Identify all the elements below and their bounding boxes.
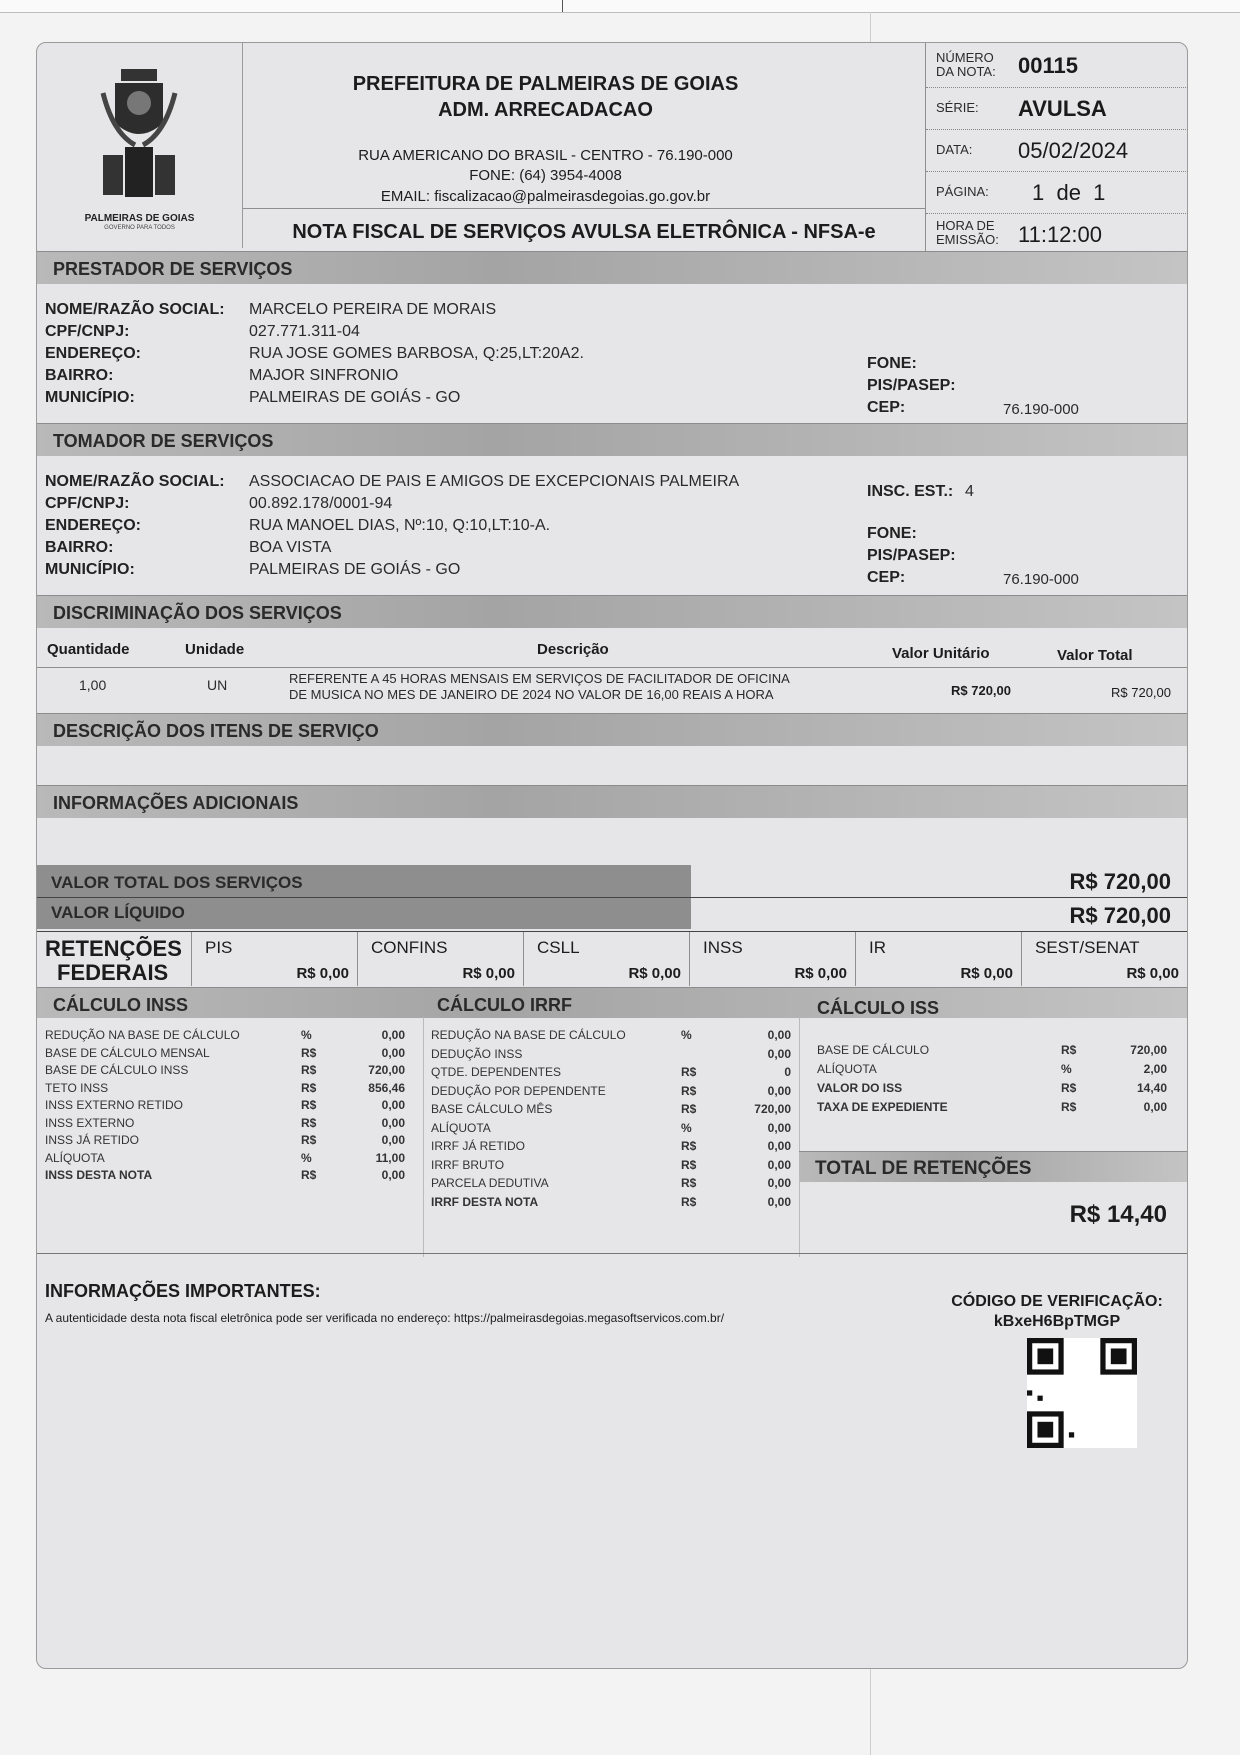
calc-unit: R$ [301, 1116, 316, 1130]
calc-unit: R$ [301, 1133, 316, 1147]
logo-subtext: GOVERNO PARA TODOS [57, 225, 222, 231]
issue-time: 11:12:00 [1018, 222, 1102, 248]
calc-label: ALÍQUOTA [431, 1121, 491, 1135]
municipal-logo: PALMEIRAS DE GOIAS GOVERNO PARA TODOS [37, 43, 243, 248]
label-cpf: CPF/CNPJ: [45, 495, 129, 513]
section-title: DESCRIÇÃO DOS ITENS DE SERVIÇO [53, 721, 379, 742]
calc-row: INSS JÁ RETIDOR$0,00 [45, 1133, 405, 1149]
calc-value: 0,00 [768, 1028, 791, 1042]
tomador-bairro: BOA VISTA [249, 539, 331, 557]
meta-data: DATA: 05/02/2024 [926, 129, 1188, 172]
calc-unit: R$ [681, 1065, 696, 1079]
prestador-nome: MARCELO PEREIRA DE MORAIS [249, 301, 496, 319]
tomador-cep: 76.190-000 [1003, 571, 1079, 588]
calc-row: IRRF DESTA NOTAR$0,00 [431, 1195, 791, 1211]
calc-label: IRRF BRUTO [431, 1158, 504, 1172]
retencoes-federais: RETENÇÕES FEDERAIS PISR$ 0,00CONFINSR$ 0… [37, 932, 1187, 986]
calculo-iss-title: CÁLCULO ISS [817, 998, 939, 1019]
meta-hora: HORA DE EMISSÃO: 11:12:00 [926, 213, 1188, 255]
issuer-phone: FONE: (64) 3954-4008 [243, 167, 848, 184]
calc-value: 720,00 [1130, 1043, 1167, 1057]
tomador-endereco: RUA MANOEL DIAS, Nº:10, Q:10,LT:10-A. [249, 517, 550, 535]
retencao-value: R$ 0,00 [960, 965, 1013, 982]
calc-unit: R$ [301, 1063, 316, 1077]
calc-row: INSS EXTERNOR$0,00 [45, 1116, 405, 1132]
issuer-email: EMAIL: fiscalizacao@palmeirasdegoias.go.… [243, 188, 848, 205]
divider [423, 1017, 424, 1257]
calc-value: 0,00 [768, 1047, 791, 1061]
calc-value: 0,00 [768, 1084, 791, 1098]
calc-row: BASE DE CÁLCULO MENSALR$0,00 [45, 1046, 405, 1062]
calc-value: 0,00 [768, 1139, 791, 1153]
label-fone: FONE: [867, 355, 917, 373]
calc-unit: R$ [681, 1195, 696, 1209]
numero-label: NÚMERO [936, 51, 994, 65]
calc-value: 0,00 [382, 1046, 405, 1060]
calc-row: DEDUÇÃO INSS0,00 [431, 1047, 791, 1063]
retencao-sestsenat: SEST/SENATR$ 0,00 [1021, 932, 1187, 986]
tomador-municipio: PALMEIRAS DE GOIÁS - GO [249, 561, 460, 579]
retencao-name: IR [869, 938, 886, 958]
total-retencoes-band: TOTAL DE RETENÇÕES [799, 1151, 1187, 1182]
retencoes-label-line2: FEDERAIS [57, 960, 168, 986]
col-valor-total: Valor Total [1057, 647, 1133, 664]
prestador-municipio: PALMEIRAS DE GOIÁS - GO [249, 389, 460, 407]
total-retencoes-value: R$ 14,40 [1070, 1201, 1167, 1229]
calc-row: REDUÇÃO NA BASE DE CÁLCULO%0,00 [45, 1028, 405, 1044]
calc-row: IRRF BRUTOR$0,00 [431, 1158, 791, 1174]
invoice-number: 00115 [1018, 53, 1078, 79]
invoice-meta: NÚMERO DA NOTA: 00115 SÉRIE: AVULSA DATA… [925, 43, 1188, 253]
valor-total-label: VALOR TOTAL DOS SERVIÇOS [51, 873, 303, 893]
calc-row: BASE DE CÁLCULOR$720,00 [817, 1043, 1167, 1059]
calc-label: INSS EXTERNO [45, 1116, 134, 1130]
label-bairro: BAIRRO: [45, 539, 113, 557]
calc-label: VALOR DO ISS [817, 1081, 902, 1095]
calc-label: QTDE. DEPENDENTES [431, 1065, 561, 1079]
calc-row: PARCELA DEDUTIVAR$0,00 [431, 1176, 791, 1192]
tomador-cpf: 00.892.178/0001-94 [249, 495, 392, 513]
calc-row: INSS EXTERNO RETIDOR$0,00 [45, 1098, 405, 1114]
col-descricao: Descrição [537, 641, 609, 658]
section-title: INFORMAÇÕES ADICIONAIS [53, 793, 298, 814]
issuer-department: ADM. ARRECADACAO [243, 99, 848, 122]
retencao-value: R$ 0,00 [794, 965, 847, 982]
retencao-name: CSLL [537, 938, 580, 958]
calc-value: 0,00 [1144, 1100, 1167, 1114]
calc-unit: R$ [681, 1139, 696, 1153]
calc-label: DEDUÇÃO INSS [431, 1047, 522, 1061]
calc-label: IRRF DESTA NOTA [431, 1195, 538, 1209]
info-importantes-text: A autenticidade desta nota fiscal eletrô… [45, 1311, 724, 1325]
label-cep: CEP: [867, 399, 905, 417]
issuer-address: RUA AMERICANO DO BRASIL - CENTRO - 76.19… [243, 147, 848, 164]
calc-row: ALÍQUOTA%2,00 [817, 1062, 1167, 1078]
retencao-name: INSS [703, 938, 743, 958]
calc-label: INSS JÁ RETIDO [45, 1133, 139, 1147]
calc-row: BASE CÁLCULO MÊSR$720,00 [431, 1102, 791, 1118]
label-cpf: CPF/CNPJ: [45, 323, 129, 341]
calc-value: 0,00 [768, 1121, 791, 1135]
verification-code: kBxeH6BpTMGP [937, 1313, 1177, 1331]
calc-value: 2,00 [1144, 1062, 1167, 1076]
calc-unit: % [301, 1151, 312, 1165]
tomador-nome: ASSOCIACAO DE PAIS E AMIGOS DE EXCEPCION… [249, 473, 739, 491]
col-quantidade: Quantidade [47, 641, 130, 658]
retencao-name: SEST/SENAT [1035, 938, 1140, 958]
verification-label: CÓDIGO DE VERIFICAÇÃO: [937, 1293, 1177, 1311]
calc-value: 0,00 [382, 1098, 405, 1112]
divider [37, 1253, 1187, 1254]
info-importantes-title: INFORMAÇÕES IMPORTANTES: [45, 1281, 321, 1302]
calc-label: INSS EXTERNO RETIDO [45, 1098, 183, 1112]
calc-unit: R$ [681, 1176, 696, 1190]
calc-value: 0,00 [382, 1028, 405, 1042]
calc-row: DEDUÇÃO POR DEPENDENTER$0,00 [431, 1084, 791, 1100]
tomador-insc: 4 [965, 483, 974, 501]
calc-value: 0,00 [768, 1176, 791, 1190]
page-top-edge [0, 0, 1240, 13]
calc-label: BASE DE CÁLCULO [817, 1043, 929, 1057]
calc-unit: R$ [1061, 1100, 1076, 1114]
prestador-endereco: RUA JOSE GOMES BARBOSA, Q:25,LT:20A2. [249, 345, 584, 363]
calc-row: QTDE. DEPENDENTESR$0 [431, 1065, 791, 1081]
col-unidade: Unidade [185, 641, 244, 658]
logo-text: PALMEIRAS DE GOIAS [57, 213, 222, 224]
divider [37, 897, 1187, 898]
section-prestador: PRESTADOR DE SERVIÇOS [37, 251, 1187, 284]
calc-row: REDUÇÃO NA BASE DE CÁLCULO%0,00 [431, 1028, 791, 1044]
section-descricao-itens: DESCRIÇÃO DOS ITENS DE SERVIÇO [37, 713, 1187, 746]
calculo-irrf-title: CÁLCULO IRRF [437, 995, 572, 1016]
meta-numero: NÚMERO DA NOTA: 00115 [926, 43, 1188, 88]
calc-label: TETO INSS [45, 1081, 108, 1095]
calc-value: 720,00 [754, 1102, 791, 1116]
prestador-cep: 76.190-000 [1003, 401, 1079, 418]
label-fone: FONE: [867, 525, 917, 543]
label-pis: PIS/PASEP: [867, 547, 956, 565]
calc-value: 0,00 [768, 1195, 791, 1209]
page-number: 1 de 1 [1032, 180, 1105, 206]
calc-label: BASE CÁLCULO MÊS [431, 1102, 552, 1116]
page-label: PÁGINA: [936, 185, 989, 199]
retencao-pis: PISR$ 0,00 [191, 932, 358, 986]
label-municipio: MUNICÍPIO: [45, 561, 135, 579]
calc-unit: R$ [301, 1098, 316, 1112]
meta-serie: SÉRIE: AVULSA [926, 87, 1188, 130]
calc-unit: R$ [301, 1168, 316, 1182]
calc-unit: R$ [301, 1081, 316, 1095]
calc-row: ALÍQUOTA%11,00 [45, 1151, 405, 1167]
calc-row: TAXA DE EXPEDIENTER$0,00 [817, 1100, 1167, 1116]
calc-row: TETO INSSR$856,46 [45, 1081, 405, 1097]
divider [37, 667, 1187, 668]
calc-label: IRRF JÁ RETIDO [431, 1139, 525, 1153]
calc-label: DEDUÇÃO POR DEPENDENTE [431, 1084, 606, 1098]
label-bairro: BAIRRO: [45, 367, 113, 385]
calc-label: PARCELA DEDUTIVA [431, 1176, 549, 1190]
qr-code-icon[interactable] [1027, 1338, 1137, 1448]
service-quantidade: 1,00 [79, 677, 106, 693]
service-descricao-line2: DE MUSICA NO MES DE JANEIRO DE 2024 NO V… [289, 687, 774, 702]
serie-label: SÉRIE: [936, 101, 979, 115]
calc-row: IRRF JÁ RETIDOR$0,00 [431, 1139, 791, 1155]
calc-row: INSS DESTA NOTAR$0,00 [45, 1168, 405, 1184]
label-cep: CEP: [867, 569, 905, 587]
retencao-value: R$ 0,00 [462, 965, 515, 982]
valor-liquido: R$ 720,00 [1069, 903, 1171, 929]
section-calculos: CÁLCULO INSS CÁLCULO IRRF CÁLCULO ISS [37, 987, 1187, 1018]
date-label: DATA: [936, 143, 972, 157]
section-info-adicionais: INFORMAÇÕES ADICIONAIS [37, 785, 1187, 818]
section-title: PRESTADOR DE SERVIÇOS [53, 259, 292, 280]
invoice-series: AVULSA [1018, 96, 1107, 122]
calc-value: 720,00 [368, 1063, 405, 1077]
section-servicos: DISCRIMINAÇÃO DOS SERVIÇOS [37, 595, 1187, 628]
retencao-value: R$ 0,00 [628, 965, 681, 982]
calc-label: ALÍQUOTA [45, 1151, 105, 1165]
divider [799, 1017, 800, 1257]
section-title: DISCRIMINAÇÃO DOS SERVIÇOS [53, 603, 342, 624]
calc-label: BASE DE CÁLCULO INSS [45, 1063, 188, 1077]
retencao-value: R$ 0,00 [1126, 965, 1179, 982]
issuer-name: PREFEITURA DE PALMEIRAS DE GOIAS [243, 73, 848, 96]
retencoes-label-line1: RETENÇÕES [45, 936, 182, 962]
calc-row: BASE DE CÁLCULO INSSR$720,00 [45, 1063, 405, 1079]
calc-unit: % [1061, 1062, 1072, 1076]
coat-of-arms-icon [95, 63, 183, 203]
calc-row: VALOR DO ISSR$14,40 [817, 1081, 1167, 1097]
label-nome: NOME/RAZÃO SOCIAL: [45, 473, 225, 491]
calc-label: INSS DESTA NOTA [45, 1168, 152, 1182]
calc-unit: % [681, 1028, 692, 1042]
retencoes-label: RETENÇÕES FEDERAIS [37, 932, 192, 986]
retencao-value: R$ 0,00 [296, 965, 349, 982]
document-title: NOTA FISCAL DE SERVIÇOS AVULSA ELETRÔNIC… [243, 221, 925, 244]
hora-label-2: EMISSÃO: [936, 233, 999, 247]
meta-pagina: PÁGINA: 1 de 1 [926, 171, 1188, 214]
calc-value: 0,00 [382, 1133, 405, 1147]
calc-unit: R$ [301, 1046, 316, 1060]
calc-value: 0,00 [768, 1158, 791, 1172]
calc-value: 0,00 [382, 1168, 405, 1182]
label-municipio: MUNICÍPIO: [45, 389, 135, 407]
calc-label: ALÍQUOTA [817, 1062, 877, 1076]
prestador-bairro: MAJOR SINFRONIO [249, 367, 398, 385]
calc-value: 11,00 [376, 1151, 405, 1165]
hora-label: HORA DE [936, 219, 995, 233]
calc-label: TAXA DE EXPEDIENTE [817, 1100, 948, 1114]
calc-row: ALÍQUOTA%0,00 [431, 1121, 791, 1137]
service-valor-total: R$ 720,00 [1111, 685, 1171, 700]
calc-value: 14,40 [1137, 1081, 1167, 1095]
retencao-name: CONFINS [371, 938, 448, 958]
numero-label-2: DA NOTA: [936, 65, 996, 79]
label-pis: PIS/PASEP: [867, 377, 956, 395]
nfsa-document: PALMEIRAS DE GOIAS GOVERNO PARA TODOS PR… [36, 42, 1188, 1669]
label-insc: INSC. EST.: [867, 483, 953, 501]
calc-unit: % [301, 1028, 312, 1042]
section-title: TOMADOR DE SERVIÇOS [53, 431, 273, 452]
calc-unit: % [681, 1121, 692, 1135]
calc-unit: R$ [681, 1102, 696, 1116]
retencao-inss: INSSR$ 0,00 [689, 932, 856, 986]
section-tomador: TOMADOR DE SERVIÇOS [37, 423, 1187, 456]
calc-label: REDUÇÃO NA BASE DE CÁLCULO [431, 1028, 626, 1042]
valor-liquido-label: VALOR LÍQUIDO [51, 903, 185, 923]
scan-mark [562, 0, 563, 12]
service-descricao-line1: REFERENTE A 45 HORAS MENSAIS EM SERVIÇOS… [289, 671, 790, 686]
invoice-date: 05/02/2024 [1018, 138, 1128, 164]
retencao-ir: IRR$ 0,00 [855, 932, 1022, 986]
calc-unit: R$ [681, 1084, 696, 1098]
label-endereco: ENDEREÇO: [45, 345, 141, 363]
calc-value: 856,46 [368, 1081, 405, 1095]
calc-label: REDUÇÃO NA BASE DE CÁLCULO [45, 1028, 240, 1042]
calc-unit: R$ [1061, 1081, 1076, 1095]
label-endereco: ENDEREÇO: [45, 517, 141, 535]
total-retencoes-title: TOTAL DE RETENÇÕES [815, 1158, 1031, 1180]
service-valor-unitario: R$ 720,00 [951, 683, 1011, 698]
retencao-confins: CONFINSR$ 0,00 [357, 932, 524, 986]
calc-unit: R$ [681, 1158, 696, 1172]
retencao-csll: CSLLR$ 0,00 [523, 932, 690, 986]
calculo-inss-title: CÁLCULO INSS [53, 995, 188, 1016]
calc-value: 0,00 [382, 1116, 405, 1130]
calc-label: BASE DE CÁLCULO MENSAL [45, 1046, 210, 1060]
calc-value: 0 [784, 1065, 791, 1079]
prestador-cpf: 027.771.311-04 [249, 323, 360, 341]
valor-total-servicos: R$ 720,00 [1069, 869, 1171, 895]
calc-unit: R$ [1061, 1043, 1076, 1057]
retencao-name: PIS [205, 938, 232, 958]
service-unidade: UN [207, 677, 227, 693]
col-valor-unitario: Valor Unitário [892, 645, 990, 662]
divider [243, 208, 925, 209]
label-nome: NOME/RAZÃO SOCIAL: [45, 301, 225, 319]
